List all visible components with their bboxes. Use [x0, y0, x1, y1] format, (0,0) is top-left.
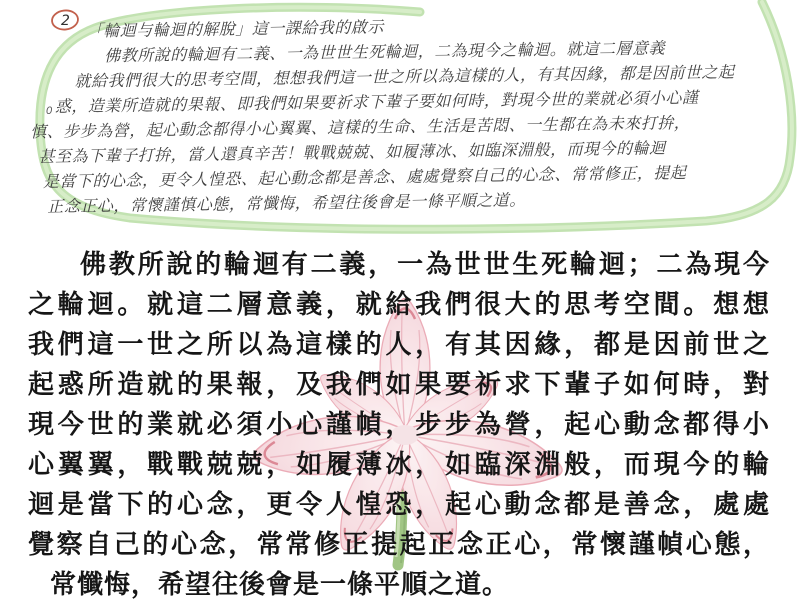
printed-paragraph: 佛教所說的輪迴有二義，一為世世生死輪迴；二為現今 之輪迴。就這二層意義，就給我們…	[28, 244, 770, 600]
margin-mark: 0	[46, 105, 52, 117]
printed-line: 佛教所說的輪迴有二義，一為世世生死輪迴；二為現今	[28, 244, 770, 284]
printed-line: 常懺悔，希望往後會是一條平順之道。	[28, 564, 792, 600]
handwritten-note: 「輪迴与輪迴的解脫」這一課給我的啟示 佛教所說的輪迴有二義、一為世世生死輪迴，二…	[29, 9, 782, 219]
printed-line: 覺察自己的心念，常常修正提起正念正心，常懷謹幀心態，	[28, 524, 770, 564]
printed-line: 心翼翼，戰戰兢兢，如履薄冰，如臨深淵般，而現今的輪	[28, 444, 770, 484]
printed-line: 我們這一世之所以為這樣的人，有其因緣，都是因前世之	[28, 324, 770, 364]
printed-line: 迴是當下的心念，更令人惶恐，起心動念都是善念，處處	[28, 484, 770, 524]
circled-number-annotation: 2	[50, 8, 82, 32]
printed-line: 現今世的業就必須小心謹幀，步步為營，起心動念都得小	[28, 404, 770, 444]
document-page: 2 0 「輪迴与輪迴的解脫」這一課給我的啟示 佛教所說的輪迴有二義、一為世世生死…	[0, 0, 800, 600]
printed-line: 之輪迴。就這二層意義，就給我們很大的思考空間。想想	[28, 284, 770, 324]
circled-number-glyph: 2	[61, 13, 70, 29]
printed-line: 起惑所造就的果報，及我們如果要祈求下輩子如何時，對	[28, 364, 770, 404]
